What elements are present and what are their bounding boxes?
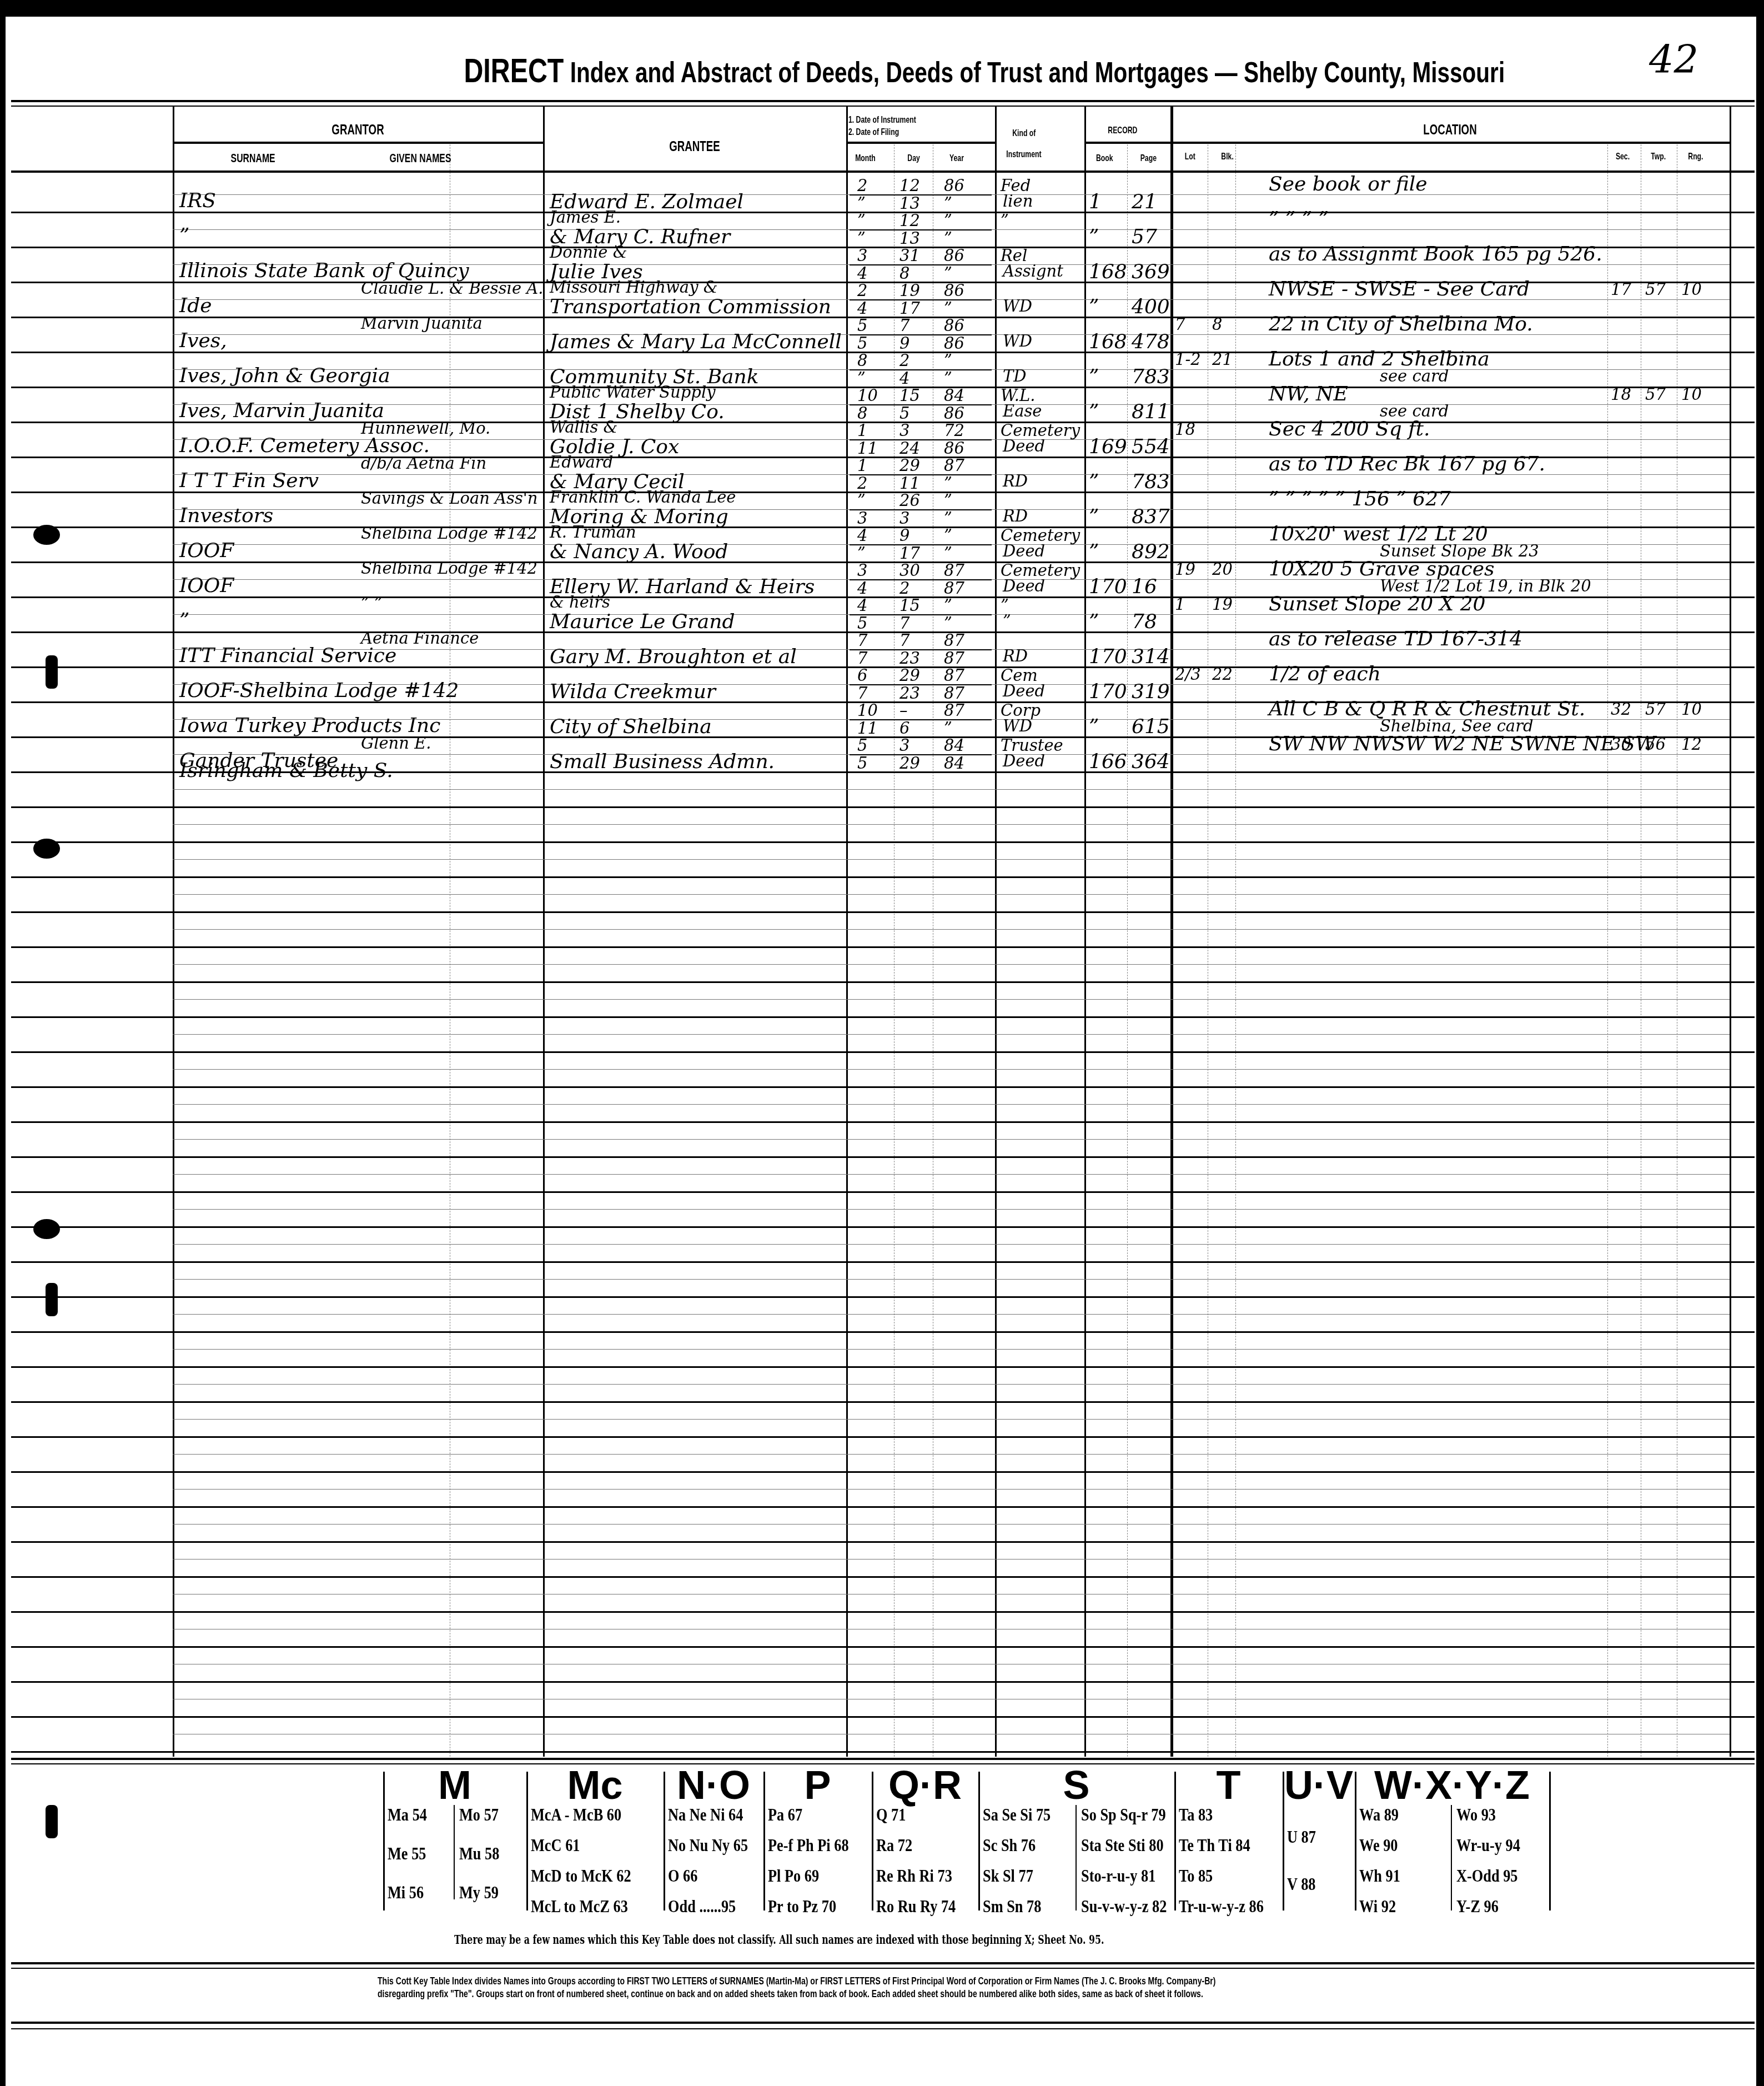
filing-year: ” xyxy=(944,475,952,492)
filing-year: ” xyxy=(944,720,952,736)
key-group-letter: Mc xyxy=(526,1763,664,1808)
location-description: Sunset Slope 20 X 20 xyxy=(1269,594,1486,614)
record-page: 16 xyxy=(1132,577,1157,597)
grantor-given-names: Aetna Finance xyxy=(361,630,479,646)
instrument-day: 9 xyxy=(899,528,909,544)
row-rule xyxy=(11,981,1755,983)
record-book: 169 xyxy=(1089,437,1127,457)
grantor-surname: ITT Financial Service xyxy=(179,646,396,666)
grantor-given-names: d/b/a Aetna Fin xyxy=(361,455,486,472)
row-rule xyxy=(11,1226,1755,1228)
location-description: NWSE - SWSE - See Card xyxy=(1269,279,1530,299)
instrument-month: 10 xyxy=(857,388,878,404)
header-top-rule xyxy=(11,100,1755,102)
date-divider xyxy=(850,369,992,370)
row-rule xyxy=(11,806,1755,808)
record-book: ” xyxy=(1089,507,1099,527)
instrument-day: 15 xyxy=(899,388,920,404)
filing-day: 7 xyxy=(899,615,909,631)
record-book: ” xyxy=(1089,717,1099,737)
record-page: 369 xyxy=(1132,262,1170,282)
record-book: 170 xyxy=(1089,682,1127,702)
row-rule xyxy=(11,946,1755,948)
record-page: 21 xyxy=(1132,192,1157,212)
instrument-kind-2: Deed xyxy=(1003,578,1045,594)
location-rng: 10 xyxy=(1681,282,1702,298)
row-rule xyxy=(11,1296,1755,1298)
instrument-month: ” xyxy=(857,493,866,509)
header-lot: Lot xyxy=(1185,151,1195,162)
record-page: 319 xyxy=(1132,682,1170,702)
instrument-month: 3 xyxy=(857,563,867,579)
instrument-month: 2 xyxy=(857,283,867,299)
filing-day: 17 xyxy=(899,545,920,561)
sub-row-rule xyxy=(173,1559,1730,1560)
filing-day: 29 xyxy=(899,755,920,771)
grantee-line-1: Wallis & xyxy=(550,419,617,435)
key-entry: Odd ......95 xyxy=(668,1897,736,1917)
instrument-kind-2: WD xyxy=(1003,718,1032,734)
instrument-day: – xyxy=(899,703,908,719)
key-group-letter: P xyxy=(763,1763,872,1808)
grantee-line-2: Transportation Commission xyxy=(550,297,831,317)
key-entry: Mu 58 xyxy=(459,1844,499,1864)
grantor-given-names: ” ” xyxy=(361,595,383,611)
key-entry: Re Rh Ri 73 xyxy=(876,1866,952,1886)
grantor-surname: I.O.O.F. Cemetery Assoc. xyxy=(179,436,430,456)
grantor-surname: Ives, Marvin Juanita xyxy=(179,401,384,421)
header-day: Day xyxy=(907,153,919,164)
location-rng: 12 xyxy=(1681,736,1702,753)
punch-slot xyxy=(46,1283,58,1316)
filing-month: ” xyxy=(857,195,866,212)
instrument-year: 87 xyxy=(944,458,964,474)
grantor-line-2: Isringham & Betty S. xyxy=(179,761,393,781)
date-divider xyxy=(850,754,992,755)
key-entry: Tr-u-w-y-z 86 xyxy=(1179,1897,1264,1917)
sub-row-rule xyxy=(173,1489,1730,1490)
instrument-year: ” xyxy=(944,353,952,369)
grantee-line-1: Missouri Highway & xyxy=(550,279,718,295)
filing-month: ” xyxy=(857,230,866,247)
filing-month: 11 xyxy=(857,440,878,457)
date-divider xyxy=(850,264,992,265)
instrument-year: 86 xyxy=(944,248,964,264)
page-number: 42 xyxy=(1649,37,1698,82)
key-group-letter: W·X·Y·Z xyxy=(1355,1763,1549,1808)
sub-row-rule xyxy=(173,999,1730,1000)
key-entry: McA - McB 60 xyxy=(531,1805,621,1825)
filing-year: 87 xyxy=(944,650,964,666)
header-date-instrument: 1. Date of Instrument xyxy=(848,114,916,126)
instrument-day: 7 xyxy=(899,633,909,649)
filing-month: 4 xyxy=(857,300,867,317)
key-entry: My 59 xyxy=(459,1883,499,1903)
grantor-given-names: Shelbina Lodge #142 xyxy=(361,525,537,541)
key-entry: Ro Ru Ry 74 xyxy=(876,1897,956,1917)
record-book: 168 xyxy=(1089,332,1127,352)
instrument-year: 87 xyxy=(944,668,964,684)
punch-hole xyxy=(33,839,60,859)
location-blk: 8 xyxy=(1212,317,1222,333)
grantee-line-1: & heirs xyxy=(550,594,610,610)
instrument-month: 4 xyxy=(857,598,867,614)
instrument-year: 87 xyxy=(944,633,964,649)
location-twp: 57 xyxy=(1645,282,1666,298)
footer-line-1: This Cott Key Table Index divides Names … xyxy=(378,1975,1215,1988)
instrument-day: 26 xyxy=(899,493,920,509)
instrument-year: ” xyxy=(944,528,952,544)
grantee-line-2: Wilda Creekmur xyxy=(550,682,716,702)
sub-row-rule xyxy=(173,1244,1730,1245)
location-sec: 18 xyxy=(1611,387,1631,403)
location-blk: 19 xyxy=(1212,596,1233,613)
location-description: as to Assignmt Book 165 pg 526. xyxy=(1269,244,1602,264)
title-text: Index and Abstract of Deeds, Deeds of Tr… xyxy=(564,57,1505,89)
punch-slot xyxy=(46,655,58,689)
grantor-surname: ” xyxy=(179,226,189,246)
location-description-2: see card xyxy=(1380,403,1449,419)
location-description-2: see card xyxy=(1380,368,1449,384)
key-entry: Wr-u-y 94 xyxy=(1456,1836,1520,1856)
instrument-month: 4 xyxy=(857,528,867,544)
filing-year: ” xyxy=(944,615,952,631)
location-description: ” ” ” ” xyxy=(1269,209,1329,229)
record-page: 783 xyxy=(1132,367,1170,387)
filing-month: 4 xyxy=(857,580,867,596)
grantor-given-names: Shelbina Lodge #142 xyxy=(361,560,537,576)
filing-year: 86 xyxy=(944,405,964,422)
row-rule xyxy=(11,1191,1755,1193)
filing-year: 87 xyxy=(944,685,964,701)
key-entry: Pa 67 xyxy=(768,1805,802,1825)
filing-year: ” xyxy=(944,370,952,387)
instrument-day: 12 xyxy=(899,178,920,194)
key-entry: Wa 89 xyxy=(1359,1805,1399,1825)
key-entry: V 88 xyxy=(1287,1874,1315,1894)
sub-row-rule xyxy=(173,1139,1730,1140)
key-group-letter: S xyxy=(978,1763,1174,1808)
instrument-month: 8 xyxy=(857,353,867,369)
filing-day: 17 xyxy=(899,300,920,317)
key-group-letter: T xyxy=(1174,1763,1283,1808)
filing-year: ” xyxy=(944,300,952,317)
location-description-2: Sunset Slope Bk 23 xyxy=(1380,543,1539,559)
grantee-line-2: James & Mary La McConnell xyxy=(550,332,842,352)
key-group-letter: U·V xyxy=(1283,1763,1355,1808)
row-rule xyxy=(11,1016,1755,1018)
record-book: 168 xyxy=(1089,262,1127,282)
filing-month: 7 xyxy=(857,685,867,701)
grantee-line-1: Public Water Supply xyxy=(550,384,716,400)
grantee-line-2: Gary M. Broughton et al xyxy=(550,647,797,667)
row-rule xyxy=(11,1646,1755,1648)
sub-row-rule xyxy=(173,894,1730,895)
sub-row-rule xyxy=(173,1419,1730,1420)
instrument-year: 84 xyxy=(944,388,964,404)
header-top-rule-2 xyxy=(11,106,1755,107)
instrument-month: 5 xyxy=(857,318,867,334)
location-sec: 30 xyxy=(1611,736,1631,753)
record-book: ” xyxy=(1089,297,1099,317)
instrument-kind-2: Deed xyxy=(1003,683,1045,699)
location-description: See book or file xyxy=(1269,174,1428,194)
header-instrument: Instrument xyxy=(1006,149,1041,160)
key-entry: McD to McK 62 xyxy=(531,1866,631,1886)
filing-day: 3 xyxy=(899,510,909,526)
grantor-surname: IOOF-Shelbina Lodge #142 xyxy=(179,681,459,701)
key-entry: No Nu Ny 65 xyxy=(668,1836,748,1856)
key-entry: Sm Sn 78 xyxy=(983,1897,1041,1917)
instrument-day: 29 xyxy=(899,458,920,474)
record-page: 78 xyxy=(1132,612,1157,632)
header-grantee: GRANTEE xyxy=(585,138,803,155)
location-description: as to release TD 167-314 xyxy=(1269,629,1522,649)
key-entry: Pe-f Ph Pi 68 xyxy=(768,1836,849,1856)
key-entry: Pl Po 69 xyxy=(768,1866,819,1886)
punch-hole xyxy=(33,525,60,545)
grantor-surname: Ives, xyxy=(179,331,227,351)
key-entry: Su-v-w-y-z 82 xyxy=(1081,1897,1167,1917)
filing-day: 4 xyxy=(899,370,909,387)
sub-row-rule xyxy=(173,1629,1730,1629)
instrument-kind-2: RD xyxy=(1003,648,1028,664)
key-note: There may be a few names which this Key … xyxy=(454,1933,1104,1947)
grantee-line-2: Small Business Admn. xyxy=(550,752,775,772)
grantee-line-1: R. Truman xyxy=(550,524,636,540)
instrument-month: 6 xyxy=(857,668,867,684)
location-lot: 1 xyxy=(1175,596,1185,613)
key-group-letter: N·O xyxy=(664,1763,763,1808)
sub-row-rule xyxy=(173,1699,1730,1699)
filing-month: 5 xyxy=(857,335,867,352)
location-description: NW, NE xyxy=(1269,384,1348,404)
date-divider xyxy=(850,194,992,195)
row-rule xyxy=(11,841,1755,843)
instrument-year: 86 xyxy=(944,178,964,194)
header-surname: SURNAME xyxy=(231,151,275,166)
filing-month: 7 xyxy=(857,650,867,666)
grantor-given-names: Savings & Loan Ass'n xyxy=(361,490,537,507)
location-lot: 7 xyxy=(1175,317,1185,333)
filing-day: 9 xyxy=(899,335,909,352)
header-blk: Blk. xyxy=(1221,151,1233,162)
header-date-filing: 2. Date of Filing xyxy=(848,127,899,138)
filing-month: ” xyxy=(857,545,866,561)
key-entry: Me 55 xyxy=(388,1844,426,1864)
header-grantor: GRANTOR xyxy=(225,121,491,138)
header-kind-of: Kind of xyxy=(1012,128,1036,139)
key-top-rule xyxy=(11,1758,1755,1760)
location-twp: 57 xyxy=(1645,387,1666,403)
row-rule xyxy=(11,1436,1755,1438)
key-entry: Sta Ste Sti 80 xyxy=(1081,1836,1164,1856)
key-entry: Na Ne Ni 64 xyxy=(668,1805,743,1825)
header-rule xyxy=(173,142,543,144)
row-rule xyxy=(11,1261,1755,1263)
filing-day: 11 xyxy=(899,475,920,492)
instrument-kind-1: ” xyxy=(1001,213,1009,229)
filing-year: ” xyxy=(944,265,952,282)
instrument-kind-2: WD xyxy=(1003,298,1032,314)
page-title: DIRECT Index and Abstract of Deeds, Deed… xyxy=(464,51,1390,91)
row-rule xyxy=(11,1121,1755,1123)
header-page: Page xyxy=(1140,153,1157,164)
instrument-kind-2: TD xyxy=(1003,368,1027,384)
punch-hole xyxy=(33,1219,60,1239)
instrument-year: 87 xyxy=(944,703,964,719)
filing-month: 4 xyxy=(857,265,867,282)
date-divider xyxy=(850,474,992,475)
row-rule xyxy=(11,1156,1755,1158)
filing-year: ” xyxy=(944,195,952,212)
instrument-month: 1 xyxy=(857,423,867,439)
key-entry: McC 61 xyxy=(531,1836,580,1856)
key-subdivider xyxy=(1076,1805,1077,1911)
header-record: RECORD xyxy=(1108,125,1137,136)
header-month: Month xyxy=(855,153,876,164)
location-sec: 17 xyxy=(1611,282,1631,298)
location-blk: 20 xyxy=(1212,561,1233,578)
page-bottom-rule xyxy=(11,2022,1755,2024)
key-entry: To 85 xyxy=(1179,1866,1213,1886)
date-divider xyxy=(850,579,992,580)
instrument-year: 84 xyxy=(944,738,964,754)
filing-day: 13 xyxy=(899,230,920,247)
record-book: ” xyxy=(1089,612,1099,632)
grantor-surname: ” xyxy=(179,611,189,631)
instrument-kind-2: RD xyxy=(1003,473,1028,489)
filing-day: 13 xyxy=(899,195,920,212)
key-group-letter: M xyxy=(383,1763,526,1808)
filing-month: 5 xyxy=(857,615,867,631)
instrument-day: 2 xyxy=(899,353,909,369)
record-page: 892 xyxy=(1132,542,1170,562)
instrument-day: 19 xyxy=(899,283,920,299)
instrument-year: ” xyxy=(944,213,952,229)
filing-day: 23 xyxy=(899,685,920,701)
key-entry: U 87 xyxy=(1287,1827,1316,1847)
grantee-line-1: James E. xyxy=(550,209,621,225)
filing-year: 86 xyxy=(944,440,964,457)
sub-row-rule xyxy=(173,1209,1730,1210)
row-rule xyxy=(11,1086,1755,1088)
sub-row-rule xyxy=(173,859,1730,860)
row-rule xyxy=(11,1716,1755,1718)
grantor-given-names: Hunnewell, Mo. xyxy=(361,420,490,437)
grantee-line-2: City of Shelbina xyxy=(550,717,712,737)
instrument-kind-2: Deed xyxy=(1003,438,1045,454)
location-description: 1/2 of each xyxy=(1269,664,1381,684)
header-year: Year xyxy=(949,153,964,164)
header-location: LOCATION xyxy=(1249,121,1651,138)
location-twp: 56 xyxy=(1645,736,1666,753)
sub-row-rule xyxy=(173,1594,1730,1594)
filing-year: 87 xyxy=(944,580,964,596)
grantor-surname: Ide xyxy=(179,296,212,316)
filing-year: ” xyxy=(944,510,952,526)
instrument-day: 3 xyxy=(899,423,909,439)
scan-top-border xyxy=(0,0,1764,17)
instrument-year: ” xyxy=(944,493,952,509)
grantor-surname: IOOF xyxy=(179,576,234,596)
row-rule xyxy=(11,1611,1755,1613)
record-page: 57 xyxy=(1132,227,1157,247)
grantor-surname: I T T Fin Serv xyxy=(179,471,319,491)
row-rule xyxy=(11,1401,1755,1403)
instrument-kind-2: RD xyxy=(1003,508,1028,524)
row-rule xyxy=(11,911,1755,913)
sub-row-rule xyxy=(173,1174,1730,1175)
location-description: as to TD Rec Bk 167 pg 67. xyxy=(1269,454,1545,474)
location-lot: 2/3 xyxy=(1175,666,1201,683)
instrument-kind-2: Deed xyxy=(1003,543,1045,559)
key-subdivider xyxy=(454,1805,455,1899)
key-entry: Wo 93 xyxy=(1456,1805,1496,1825)
instrument-year: ” xyxy=(944,598,952,614)
instrument-month: 2 xyxy=(857,178,867,194)
location-twp: 57 xyxy=(1645,701,1666,718)
instrument-month: 10 xyxy=(857,703,878,719)
page-bottom-rule-2 xyxy=(11,2028,1755,2029)
record-book: 166 xyxy=(1089,752,1127,772)
record-book: ” xyxy=(1089,367,1099,387)
record-book: 1 xyxy=(1089,192,1102,212)
instrument-day: 12 xyxy=(899,213,920,229)
key-entry: O 66 xyxy=(668,1866,697,1886)
filing-month: 11 xyxy=(857,720,878,736)
key-entry: We 90 xyxy=(1359,1836,1398,1856)
key-entry: Ta 83 xyxy=(1179,1805,1213,1825)
key-entry: So Sp Sq-r 79 xyxy=(1081,1805,1166,1825)
sub-row-rule xyxy=(173,929,1730,930)
record-page: 783 xyxy=(1132,472,1170,492)
row-rule xyxy=(11,1506,1755,1508)
grantee-line-2: & Nancy A. Wood xyxy=(550,542,728,562)
date-divider xyxy=(850,684,992,685)
record-book: 170 xyxy=(1089,647,1127,667)
grantor-surname: Investors xyxy=(179,506,273,526)
grantor-given-names: Claudie L. & Bessie A. xyxy=(361,280,543,297)
header-given-names: GIVEN NAMES xyxy=(390,151,451,166)
header-sec: Sec. xyxy=(1616,151,1630,162)
record-book: ” xyxy=(1089,542,1099,562)
sub-row-rule xyxy=(173,1734,1730,1734)
record-page: 837 xyxy=(1132,507,1170,527)
key-entry: Sk Sl 77 xyxy=(983,1866,1033,1886)
record-book: 170 xyxy=(1089,577,1127,597)
sub-row-rule xyxy=(173,1349,1730,1350)
key-entry: Pr to Pz 70 xyxy=(768,1897,836,1917)
grantor-surname: Iowa Turkey Products Inc xyxy=(179,716,440,736)
location-blk: 22 xyxy=(1212,666,1233,683)
location-description: Sec 4 200 Sq ft. xyxy=(1269,419,1430,439)
location-description: ” ” ” ” ” 156 ” 627 xyxy=(1269,489,1451,509)
filing-month: ” xyxy=(857,370,866,387)
key-bottom-rule xyxy=(11,1962,1755,1964)
grantor-surname: IRS xyxy=(179,191,216,211)
record-page: 554 xyxy=(1132,437,1170,457)
row-rule xyxy=(11,1681,1755,1683)
sub-row-rule xyxy=(173,1454,1730,1455)
filing-month: 5 xyxy=(857,755,867,771)
grantee-line-1: Franklin C. Wanda Lee xyxy=(550,489,736,505)
instrument-year: 72 xyxy=(944,423,964,439)
location-description: 22 in City of Shelbina Mo. xyxy=(1269,314,1533,334)
instrument-day: 31 xyxy=(899,248,920,264)
grantor-surname: Ives, John & Georgia xyxy=(179,366,390,386)
instrument-year: 86 xyxy=(944,283,964,299)
